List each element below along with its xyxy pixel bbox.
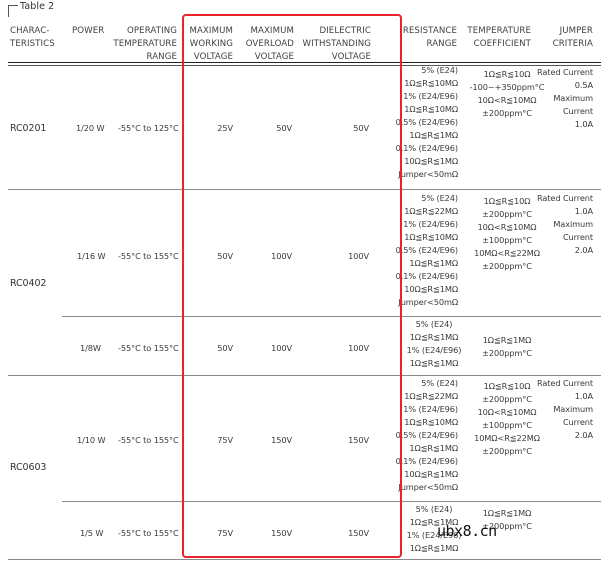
caption-bracket-vertical <box>8 5 9 17</box>
row-power: 1/5 W <box>80 527 103 540</box>
list-line: 10Ω≦R≦1MΩ <box>396 283 458 296</box>
list-line: Rated Current <box>537 377 593 390</box>
watermark: ubx8.cn <box>437 522 497 540</box>
row-temp-range: -55°C to 155°C <box>118 527 179 540</box>
list-line: 0.1% (E24/E96) <box>396 455 458 468</box>
highlight-box <box>182 14 402 558</box>
row-type: RC0402 <box>10 277 46 290</box>
header-jumper-criteria: JUMPER CRITERIA <box>553 25 593 51</box>
row-jumper-list: Rated Current0.5AMaximumCurrent1.0A <box>537 66 593 131</box>
row-power: 1/10 W <box>77 434 105 447</box>
list-line: 5% (E24) <box>404 503 464 516</box>
row-resistance-list: 5% (E24)1Ω≦R≦10MΩ1% (E24/E96)1Ω≦R≦10MΩ0.… <box>396 64 458 181</box>
list-line: 5% (E24) <box>396 192 458 205</box>
header-text: TEMPERATURE <box>467 25 531 38</box>
row-temp-range: -55°C to 155°C <box>118 434 179 447</box>
row-divider <box>8 559 601 560</box>
list-line: Jumper<50mΩ <box>396 481 458 494</box>
header-text: OPERATING <box>113 25 177 38</box>
list-line: 1Ω≦R≦10MΩ <box>396 103 458 116</box>
list-line: 10Ω≦R≦1MΩ <box>396 155 458 168</box>
header-power: POWER <box>72 25 104 38</box>
list-line: Jumper<50mΩ <box>396 168 458 181</box>
header-operating-temp: OPERATING TEMPERATURE RANGE <box>113 25 177 64</box>
list-line: ±200ppm°C <box>464 259 550 272</box>
list-line: ±200ppm°C <box>469 346 545 359</box>
list-line: ±200ppm°C <box>464 444 550 457</box>
list-line: 1.0A <box>537 390 593 403</box>
list-line: Current <box>537 416 593 429</box>
list-line: Rated Current <box>537 192 593 205</box>
list-line: 0.1% (E24/E96) <box>396 270 458 283</box>
row-resistance-list: 5% (E24)1Ω≦R≦22MΩ1% (E24/E96)1Ω≦R≦10MΩ0.… <box>396 377 458 494</box>
row-resistance-list: 5% (E24)1Ω≦R≦22MΩ1% (E24/E96)1Ω≦R≦10MΩ0.… <box>396 192 458 309</box>
list-line: Jumper<50mΩ <box>396 296 458 309</box>
row-temp-range: -55°C to 125°C <box>118 122 179 135</box>
row-resistance-list: 5% (E24)1Ω≦R≦1MΩ1% (E24/E96)1Ω≦R≦1MΩ <box>404 318 464 370</box>
list-line: 1Ω≦R≦1MΩ <box>396 257 458 270</box>
list-line: ±200ppm°C <box>469 106 545 119</box>
header-text: RESISTANCE <box>403 25 457 38</box>
header-text: JUMPER <box>553 25 593 38</box>
list-line: 0.5% (E24/E96) <box>396 429 458 442</box>
row-type: RC0201 <box>10 122 46 135</box>
list-line: 1Ω≦R≦10MΩ <box>396 231 458 244</box>
list-line: 1.0A <box>537 205 593 218</box>
list-line: 5% (E24) <box>396 64 458 77</box>
list-line: 2.0A <box>537 429 593 442</box>
table-caption: Table 2 <box>20 0 54 13</box>
list-line: 5% (E24) <box>404 318 464 331</box>
list-line: 0.5A <box>537 79 593 92</box>
header-text: TERISTICS <box>10 38 55 51</box>
header-text: CRITERIA <box>553 38 593 51</box>
list-line: 1Ω≦R≦22MΩ <box>396 205 458 218</box>
header-characteristics: CHARAC- TERISTICS <box>10 25 55 51</box>
row-tcr-list: 1Ω≦R≦10Ω-100~+350ppm°C10Ω<R≦10MΩ±200ppm°… <box>469 67 545 119</box>
header-resistance-range: RESISTANCE RANGE <box>403 25 457 51</box>
list-line: 1Ω≦R≦1MΩ <box>404 542 464 555</box>
list-line: Maximum <box>537 403 593 416</box>
list-line: 2.0A <box>537 244 593 257</box>
caption-bracket <box>8 5 18 6</box>
row-type: RC0603 <box>10 461 46 474</box>
list-line: 1Ω≦R≦1MΩ <box>396 129 458 142</box>
row-jumper-list: Rated Current1.0AMaximumCurrent2.0A <box>537 192 593 257</box>
header-temp-coefficient: TEMPERATURE COEFFICIENT <box>467 25 531 51</box>
list-line: 1Ω≦R≦1MΩ <box>404 331 464 344</box>
list-line: 1Ω≦R≦1MΩ <box>404 357 464 370</box>
list-line: 1Ω≦R≦10MΩ <box>396 416 458 429</box>
header-text: COEFFICIENT <box>467 38 531 51</box>
list-line: 0.5% (E24/E96) <box>396 116 458 129</box>
list-line: Maximum <box>537 218 593 231</box>
list-line: Rated Current <box>537 66 593 79</box>
list-line: Maximum <box>537 92 593 105</box>
row-temp-range: -55°C to 155°C <box>118 342 179 355</box>
list-line: 1Ω≦R≦1MΩ <box>469 333 545 346</box>
list-line: 1Ω≦R≦1MΩ <box>469 505 545 518</box>
list-line: 10Ω≦R≦1MΩ <box>396 468 458 481</box>
list-line: 1.0A <box>537 118 593 131</box>
row-power: 1/8W <box>80 342 101 355</box>
row-jumper-list: Rated Current1.0AMaximumCurrent2.0A <box>537 377 593 442</box>
header-text: CHARAC- <box>10 25 55 38</box>
list-line: 1% (E24/E96) <box>396 90 458 103</box>
list-line: 1% (E24/E96) <box>396 403 458 416</box>
list-line: 1% (E24/E96) <box>396 218 458 231</box>
list-line: 1Ω≦R≦22MΩ <box>396 390 458 403</box>
list-line: Current <box>537 231 593 244</box>
list-line: Current <box>537 105 593 118</box>
header-text: TEMPERATURE <box>113 38 177 51</box>
list-line: -100~+350ppm°C <box>469 80 545 93</box>
list-line: 0.5% (E24/E96) <box>396 244 458 257</box>
list-line: 1Ω≦R≦1MΩ <box>396 442 458 455</box>
list-line: 1Ω≦R≦10MΩ <box>396 77 458 90</box>
list-line: 0.1% (E24/E96) <box>396 142 458 155</box>
header-text: RANGE <box>403 38 457 51</box>
row-tcr-list: 1Ω≦R≦1MΩ±200ppm°C <box>469 333 545 359</box>
row-temp-range: -55°C to 155°C <box>118 250 179 263</box>
list-line: 10Ω<R≦10MΩ <box>469 93 545 106</box>
row-power: 1/16 W <box>77 250 105 263</box>
list-line: 5% (E24) <box>396 377 458 390</box>
list-line: 1Ω≦R≦10Ω <box>469 67 545 80</box>
row-power: 1/20 W <box>76 122 104 135</box>
list-line: 1% (E24/E96) <box>404 344 464 357</box>
